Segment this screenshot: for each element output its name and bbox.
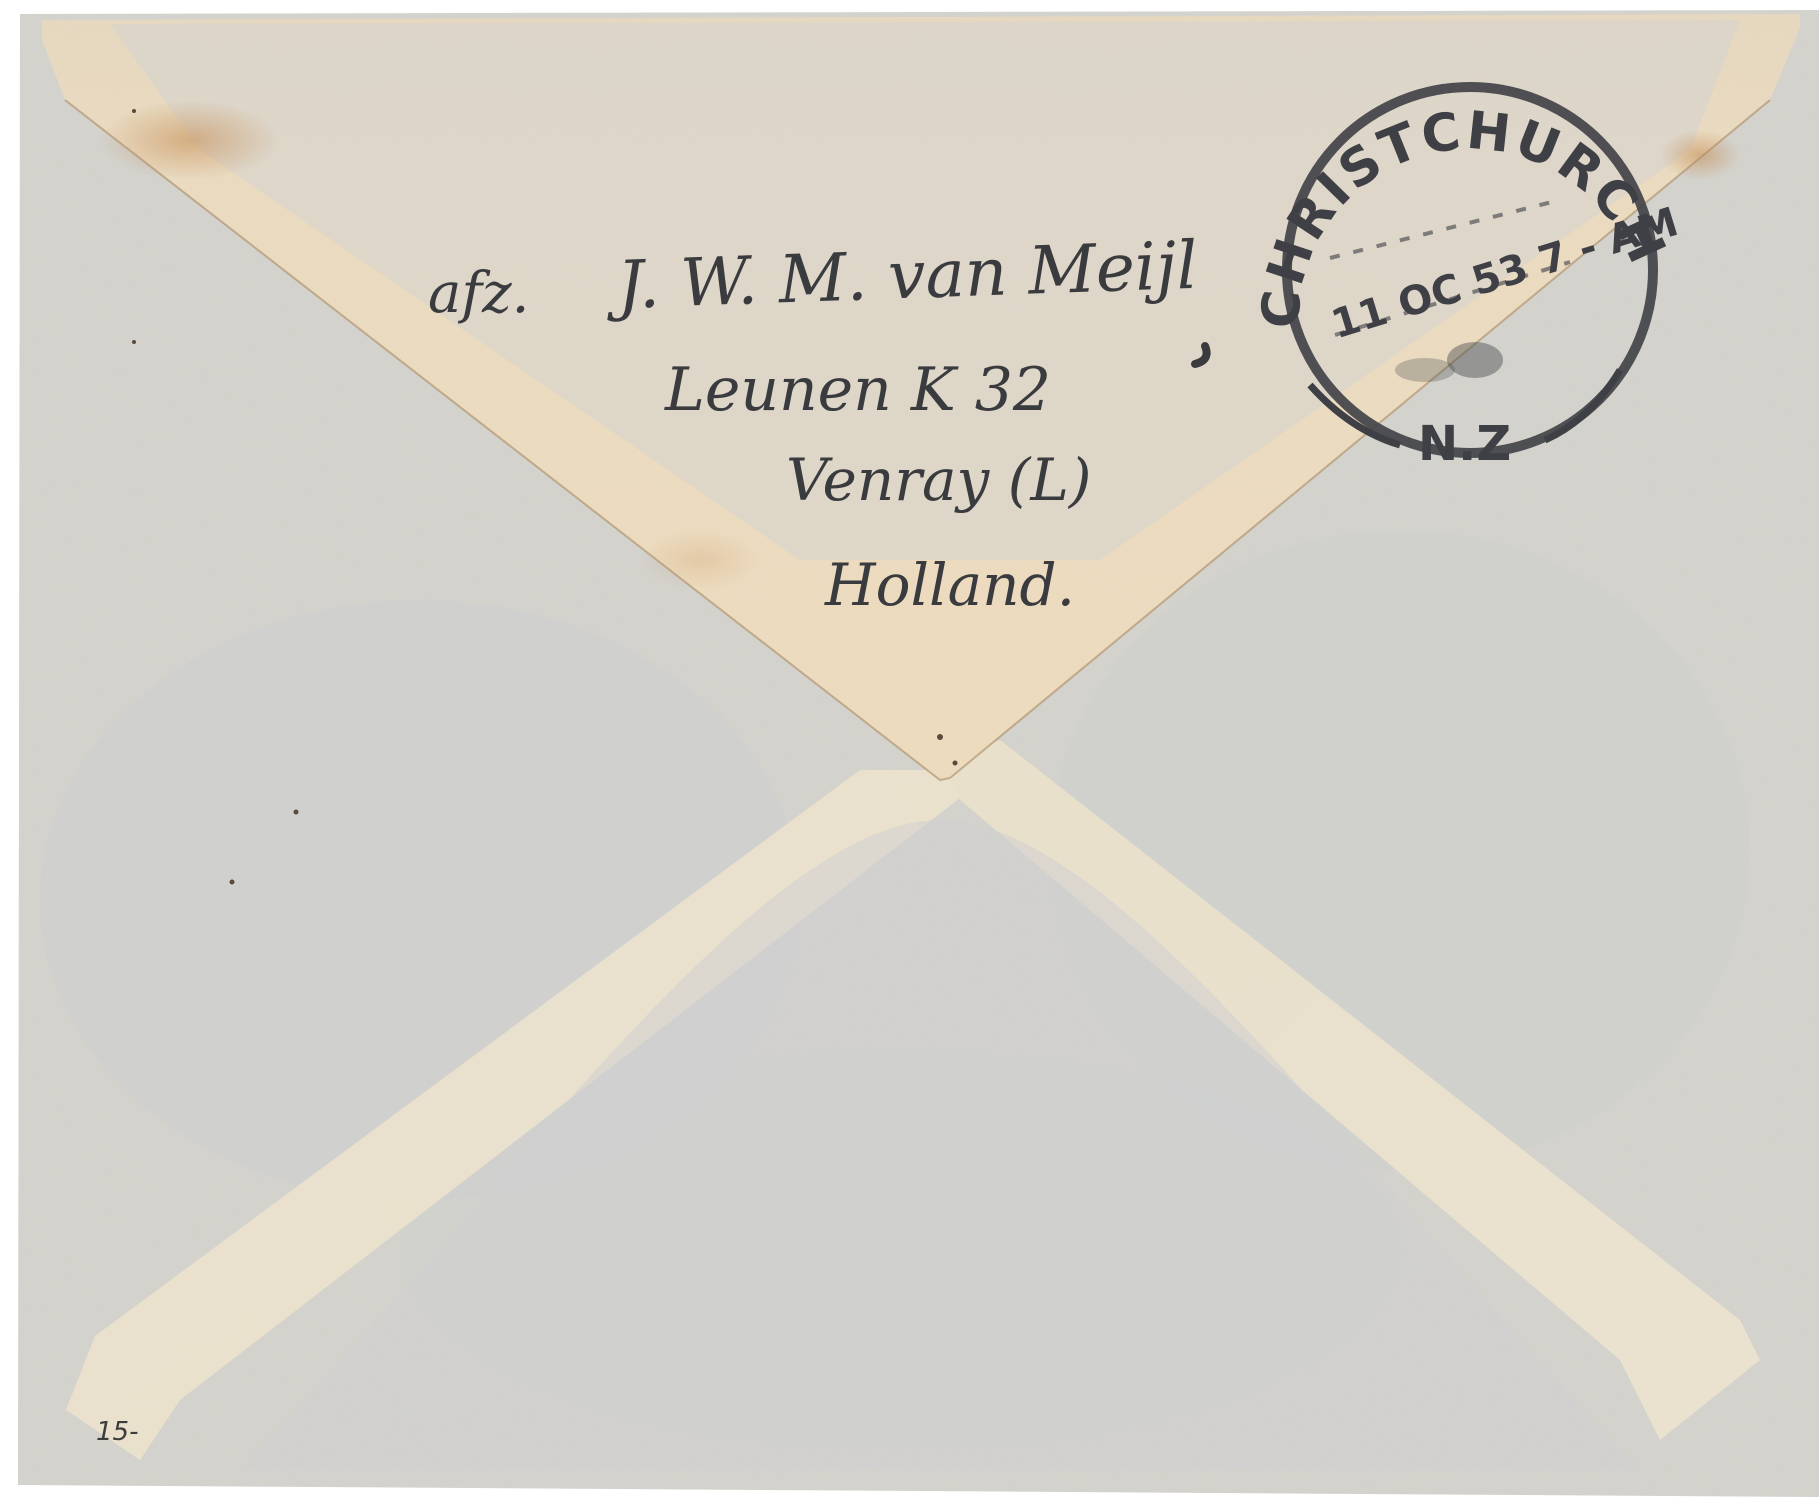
postmark-country: N.Z — [1418, 416, 1511, 472]
sender-city: Venray (L) — [786, 446, 1092, 514]
envelope-back: afz. J. W. M. van Meijl Leunen K 32 Venr… — [0, 0, 1819, 1497]
sender-street: Leunen K 32 — [664, 355, 1051, 425]
pencil-note: 15- — [96, 1417, 138, 1447]
sender-prefix: afz. — [428, 261, 529, 326]
sender-country: Holland. — [824, 551, 1075, 619]
